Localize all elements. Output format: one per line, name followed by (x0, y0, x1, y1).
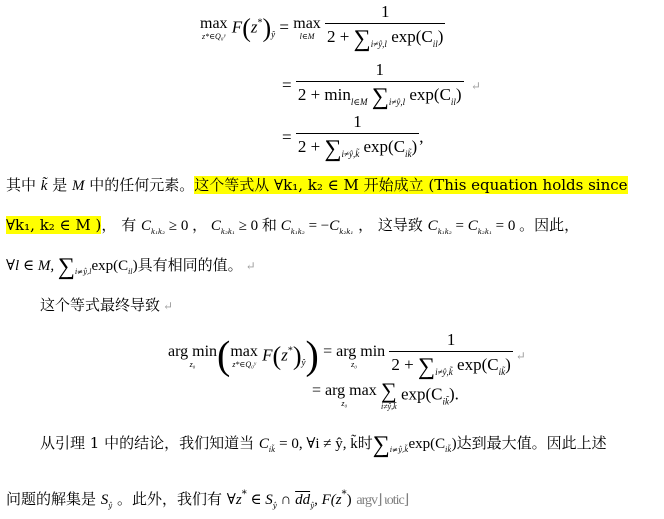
equation-1-line-1: max z*∈Q₀ʸ F(z*)ŷ = max l∈M 1 2 + ∑i≠ŷ,l… (200, 2, 445, 55)
argmin-operator: = arg min z₀ (323, 344, 385, 369)
return-mark: ↵ (516, 349, 526, 363)
highlighted-text: 这个等式从 ∀k₁, k₂ ∈ M 开始成立 (This equation ho… (194, 176, 627, 194)
return-mark: ↵ (471, 79, 481, 93)
paragraph-1-line-2: ∀k₁, k₂ ∈ M )， 有 Ck₁k₂ ≥ 0 ， Ck₂k₁ ≥ 0 和… (6, 214, 579, 243)
equation-1-line-3: = 1 2 + ∑i≠ŷ,k̃ exp(Cik̃) , (282, 112, 423, 165)
fraction: 1 2 + ∑i≠ŷ,k̃ exp(Cik̃) (296, 112, 419, 165)
equation-1-line-2: = 1 2 + minl∈M ∑i≠ŷ,l exp(Cil) ↵ (282, 60, 481, 113)
fraction: 1 2 + ∑i≠ŷ,l exp(Cil) (325, 2, 445, 55)
sum-operator: ∑ i≠ŷ,k̃ (381, 380, 397, 411)
paragraph-1-line-3: ∀l ∈ M, ∑i≠ŷ,lexp(Cil)具有相同的值。↵ (6, 254, 256, 283)
paragraph-3: 从引理 1 中的结论，我们知道当 Cik̃ = 0, ∀i ≠ ŷ, k̃时∑i… (40, 432, 607, 461)
equation-2-line-2: = arg max z₀ ∑ i≠ŷ,k̃ exp(Cik̃). (312, 380, 459, 411)
max-operator: max l∈M (293, 16, 321, 41)
garbled-rendering: argv⌋ ιotic⌋ (356, 493, 408, 508)
max-operator: max z*∈Q₀ʸ (200, 16, 228, 41)
paragraph-4: 问题的解集是 Sŷ 。此外，我们有 ∀z* ∈ Sŷ ∩ ddŷ, F(z*) … (6, 484, 408, 517)
return-mark: ↵ (163, 299, 173, 313)
equation-2-line-1: arg min z₀ ( max z*∈Q₀ʸ F(z*)ŷ) = arg mi… (168, 330, 526, 383)
fraction: 1 2 + minl∈M ∑i≠ŷ,l exp(Cil) (296, 60, 464, 113)
max-operator: max z*∈Q₀ʸ (230, 344, 258, 369)
paragraph-2: 这个等式最终导致↵ (40, 294, 173, 317)
return-mark: ↵ (246, 259, 256, 273)
argmin-operator: arg min z₀ (168, 344, 217, 369)
argmax-operator: = arg max z₀ (312, 383, 377, 408)
paragraph-1-line-1: 其中 k̃ 是 M 中的任何元素。这个等式从 ∀k₁, k₂ ∈ M 开始成立 … (6, 174, 628, 197)
fraction: 1 2 + ∑i≠ŷ,k̃ exp(Cik̃) (389, 330, 512, 383)
highlighted-text: ∀k₁, k₂ ∈ M ) (6, 216, 101, 234)
function-f: F (232, 17, 242, 36)
